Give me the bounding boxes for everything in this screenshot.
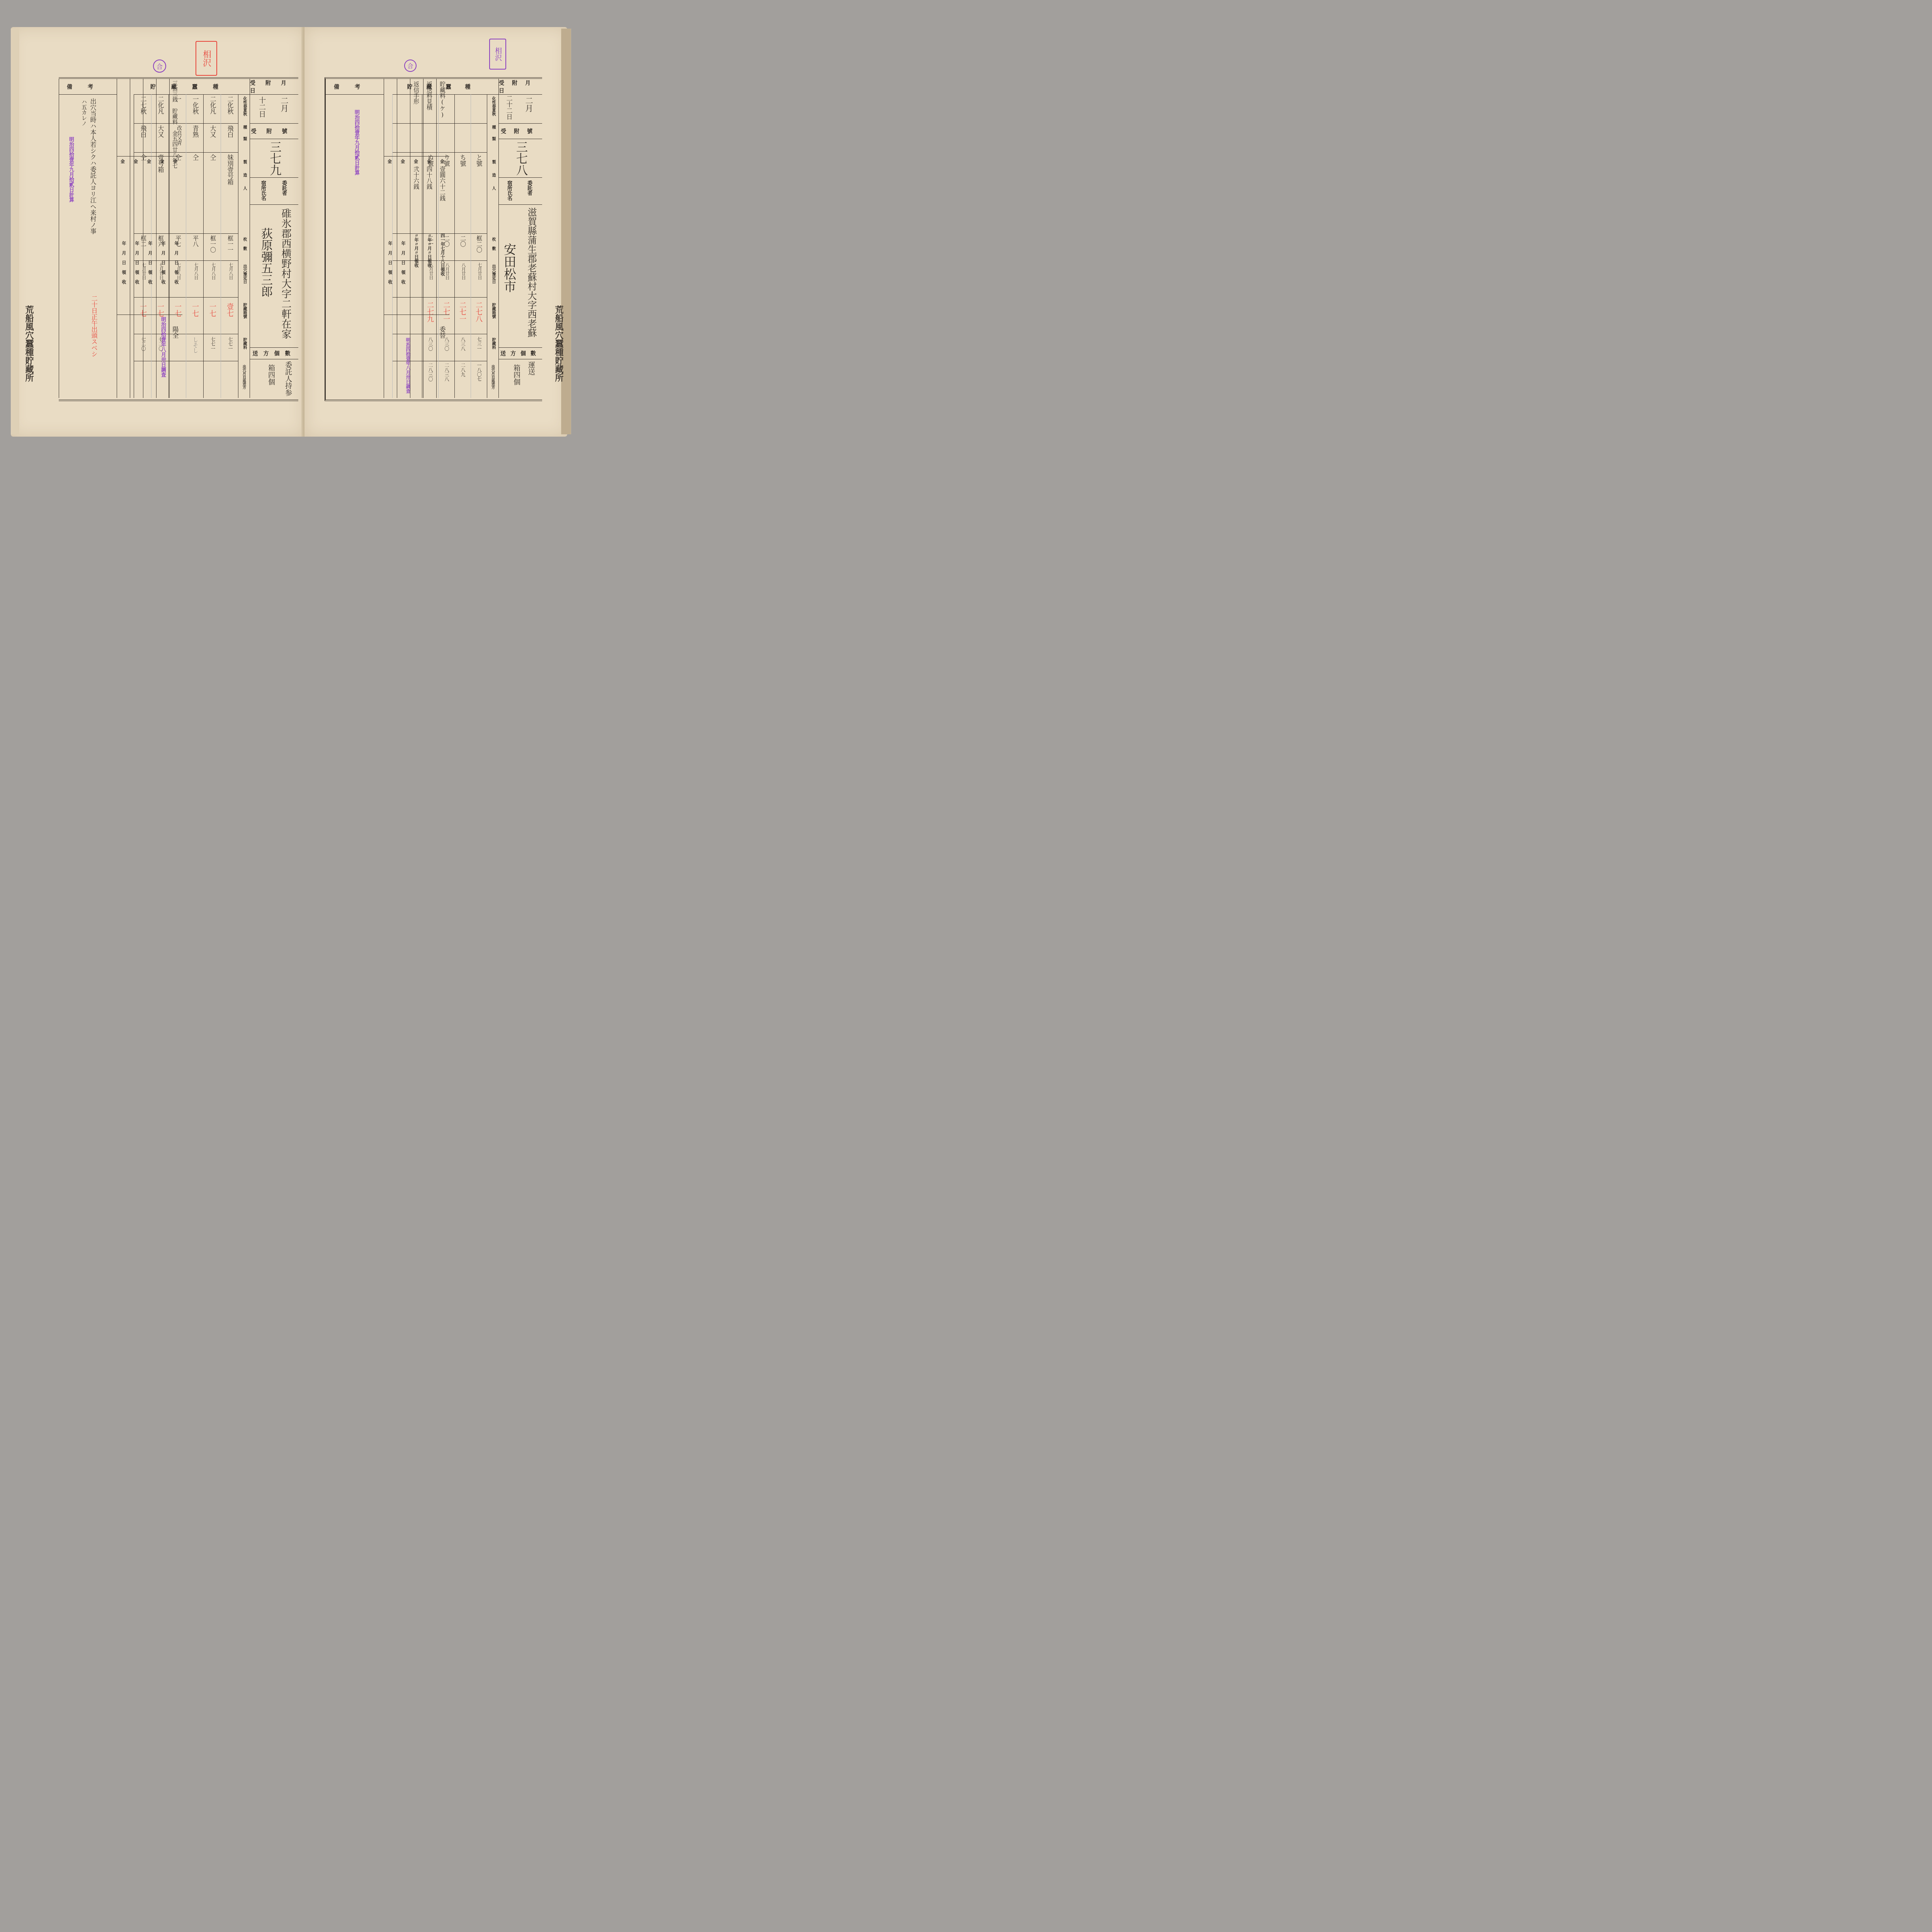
row-label-return: 出穴月日返送方 [241,365,247,389]
entry-column: 二化秋 飛白 妹別壹号箱 框一一 七月八日 壹七 七七一 [221,94,238,398]
pencil-note: しそし [191,337,199,353]
receipt-day: 十二日 [257,97,267,117]
row-label-out-date: 出穴豫定日 [241,264,247,284]
fee-columns: 金 金 金 金 金 年月日領收 年月日領收 年月日領收 年月日領收 年月日領收 … [117,79,182,398]
row-labels: 化性春夏秋 種類 製造人 枚數 出穴豫定日 貯藏箱號 貯藏料 出穴月日返送方 [487,94,499,398]
row-label-maker: 製造人 [241,160,247,199]
fee-item-receipt: 〃年〃月〃日領收 [426,233,432,267]
remarks-header: 備考 [59,79,117,95]
receipt-label: 年月日領收 [173,241,179,289]
fee-item-amount: 四十八銭 [425,166,434,189]
money-label: 金 [440,158,444,165]
fee-item-amount: 壹圓六十二銭 [439,166,447,201]
entry-box: 一七 [190,303,200,317]
return-date: 一八〇七 [476,363,483,381]
remarks-section: 備考 出穴当時ハ本人若シクハ委託人ヨリ江ヘ来村ノ事 二十日正午出頭スベシ ハ五カ… [59,79,117,398]
shipping-method: 運送 [526,361,536,375]
row-label-box: 貯藏箱號 [241,303,247,318]
fee-item-label: 返信手形 [412,81,420,104]
return-date: 二八九 [460,363,466,377]
header-label: 宿所氏名 [259,180,267,201]
divider [130,79,130,398]
circle-stamp-text: 合 [407,62,413,70]
shipping-header: 送方個數 [499,347,542,359]
consignor-value: 碓氷郡西横野村大字二軒在家 荻原彌五三郎 [250,204,298,348]
header-label: 委託者 [526,180,533,196]
fee-item-receipt: 四一年七月十八日領收 [439,233,446,276]
circle-stamp-text: 合 [156,62,163,71]
header-label: 受附月日 [250,79,298,94]
ledger-frame-right: 受附月日 二月 二十二日 受附號 三七八 委託者 宿所氏名 滋賀縣蒲生郡老蘇村大… [325,77,542,401]
entry-maker: 妹別壹号箱 [226,154,235,185]
fee-item-receipt: 〃年〃月〃日領收 [413,233,419,267]
entry-out-date: 七月八日 [210,263,216,280]
divider [436,79,437,398]
money-label: 金 [121,158,125,165]
grid-line [384,156,449,156]
header-label: 宿所氏名 [505,180,513,201]
money-label: 金 [388,158,392,165]
money-label: 金 [401,158,405,165]
grid-line [117,315,182,315]
grid-line [384,315,449,315]
row-label-return: 出穴月日返送方 [490,365,495,389]
fee-handwritten: 三拾三銭 貯藏料 金五四廿八年七 [171,80,179,168]
entry-count: 平八 [192,235,200,247]
spine-title: 荒船風穴蠶種貯藏所 [553,305,565,382]
receipt-label: 年月日領收 [134,241,140,289]
calc-stamp: 明治四拾壹年九月拾貳日計算 [67,137,75,202]
entry-out-date: 七月廿日 [476,263,483,280]
row-label-box: 貯藏箱號 [490,303,496,318]
row-label-fee: 貯藏料 [490,338,496,349]
divider [169,79,170,398]
money-label: 金 [134,158,138,165]
entry-box: 壹七 [224,303,235,317]
calc-stamp: 明治四拾壹年九月拾貳日計算 [353,110,360,175]
entry-count: 框一一 [226,235,235,253]
row-label-variety: 種類 [490,125,496,148]
entry-out-date: 七月八日 [228,263,234,280]
fee-item-label: 貯藏料(ケ) [439,81,447,118]
entry-kind: 二化凡 [208,96,217,114]
header-label: 備考 [67,83,109,90]
entry-count: 框二〇 [475,235,483,253]
receipt-number-header: 受附號 [250,123,298,139]
row-label-variety: 種類 [241,125,247,148]
entry-kind: 二化秋 [226,96,235,114]
seal-stamp-purple: 相沢 [489,39,506,70]
header-label: 受附號 [251,127,298,135]
remarks-section: 備考 明治四拾壹年九月拾貳日計算 [326,79,384,398]
money-label: 金 [147,158,151,165]
shipping-value: 委託人持参 箱四個 [250,359,298,398]
fee-columns: 貯藏料(ケ) 返送料見積 返信手形 金 金 金 金 金 壹圓六十二銭 四十八銭 … [384,79,449,398]
money-label: 金 [160,158,164,165]
shipping-count: 箱四個 [511,364,521,385]
consignor-address: 碓氷郡西横野村大字二軒在家 [281,208,291,339]
left-page: 相沢 合 受附月日 二月 十二日 受附號 三七九 委託者 宿所氏名 [11,27,304,437]
entry-column: 二化凡 大又 仝 框一〇 七月八日 一七 七七一 [203,94,221,398]
consignor-name: 荻原彌五三郎 [260,228,271,297]
row-label-out-date: 出穴豫定日 [490,264,496,284]
header-label: 委託者 [280,180,287,196]
entry-variety: 青熟 [191,125,200,138]
entry-box: 二七八 [473,301,483,322]
receipt-date-header: 受附月日 [499,79,542,95]
seal-text: 相沢 [493,47,503,61]
entry-column: ち號 二〇 八月廿日 二七一 八三八 二八九 [454,94,471,398]
row-labels: 化性春夏秋 種類 製造人 枚數 出穴豫定日 貯藏箱號 貯藏料 出穴月日返送方 [238,94,250,398]
entry-out-date: 八月廿日 [460,263,466,280]
entry-maker: と號 [474,154,483,167]
shipping-value: 運送 箱四個 [499,359,542,398]
entry-count: 框一〇 [209,235,217,253]
seal-stamp-red: 相沢 [196,41,217,76]
entry-maker: 仝 [191,154,200,160]
row-label-kind: 化性春夏秋 [241,97,247,116]
row-label-count: 枚數 [490,237,496,256]
divider [59,79,59,398]
header-label: 受附月日 [499,79,542,94]
survey-stamp: 明治四拾壹年八月卅日調査 [159,317,167,377]
entry-count: 二〇 [459,235,467,247]
header-label: 受附號 [501,127,540,135]
consignor-header: 委託者 宿所氏名 [250,177,298,205]
consignor-value: 滋賀縣蒲生郡老蘇村大字西老蘇 安田松市 [499,204,542,348]
ledger-frame-left: 受附月日 二月 十二日 受附號 三七九 委託者 宿所氏名 碓氷郡西横野村大字二軒… [59,77,298,401]
shipping-method: 委託人持参 [283,361,293,396]
money-label: 金 [427,158,431,165]
receipt-date-header: 受附月日 [250,79,298,95]
row-label-kind: 化性春夏秋 [490,97,496,116]
entry-fee: 七七一 [210,337,216,351]
row-label-fee: 貯藏料 [241,338,247,349]
money-label: 金 [414,158,418,165]
consignor-header: 委託者 宿所氏名 [499,177,542,205]
receipt-date-value: 二月 二十二日 [499,94,542,124]
fee-item-receipt: 年月日領收 [400,241,406,289]
receipt-month: 二月 [523,97,534,112]
divider [143,79,143,398]
entry-column: と號 框二〇 七月廿日 二七八 七三一 一八〇七 [471,94,487,398]
remarks-text: 出穴当時ハ本人若シクハ委託人ヨリ江ヘ来村ノ事 [90,98,96,234]
consignor-address: 滋賀縣蒲生郡老蘇村大字西老蘇 [527,207,536,337]
entry-fee: 七三一 [476,337,483,351]
circle-stamp-icon: 合 [404,60,417,72]
row-label-count: 枚數 [241,237,247,256]
receipt-label: 年月日領收 [147,241,153,289]
entry-box: 一七 [207,303,217,317]
header-label: 送方個數 [500,349,541,357]
shipping-header: 送方個數 [250,347,298,359]
receipt-month: 二月 [279,97,290,112]
remarks-red-text: 二十日正午出頭スベシ [90,295,99,357]
header-label: 備考 [334,83,376,90]
entry-variety: 飛白 [226,125,235,138]
entry-maker: ち號 [458,154,467,167]
left-page-edges [11,29,19,434]
receipt-label: 年月日領收 [387,241,393,289]
entry-maker: 仝 [208,154,217,160]
header-label: 送方個數 [253,349,296,357]
receipt-number-value: 三七八 [499,139,542,178]
entry-column: 一化秋 青熟 仝 平八 七月八日 一七 しそし [186,94,204,398]
receipt-label: 年月日領收 [121,241,127,289]
consignor-name: 安田松市 [502,243,517,293]
divider [156,79,156,398]
entry-kind: 一化秋 [191,96,200,114]
entry-fee: 八三八 [460,337,466,351]
receipt-number-value: 三七九 [250,139,298,178]
entry-box: 二七一 [457,301,467,322]
remarks-header: 備考 [326,79,384,95]
fee-item-amount: 弐十六銭 [412,166,420,189]
receipt-label: 年月日領收 [160,241,166,289]
entry-variety: 大又 [208,125,217,138]
divider [397,79,397,398]
receipt-number-header: 受附號 [499,123,542,139]
receipt-note: 陽全 [171,326,180,338]
open-ledger-book: 相沢 合 受附月日 二月 十二日 受附號 三七九 委託者 宿所氏名 [11,27,567,444]
entry-out-date: 七月八日 [193,263,199,280]
divider [117,79,117,398]
divider [384,79,384,398]
circle-stamp-icon: 合 [153,60,166,73]
divider [410,79,410,398]
receipt-note: 委替 [438,326,447,338]
right-page: 相沢 合 受附月日 二月 二十二日 受附號 三七八 委託者 宿所氏名 [304,27,567,437]
receipt-day: 二十二日 [505,95,514,120]
receipt-number: 三七八 [512,141,529,177]
divider [423,79,423,398]
remarks-small: ハ五カレノ [80,99,88,126]
row-label-maker: 製造人 [490,160,496,199]
seal-text: 相沢 [201,50,213,67]
receipt-date-value: 二月 十二日 [250,94,298,124]
entry-fee: 七七一 [227,337,234,351]
fee-item-label: 返送料見積 [425,81,434,110]
spine-title: 荒船風穴蠶種貯藏所 [23,305,35,382]
receipt-number: 三七九 [266,141,283,177]
shipping-count: 箱四個 [266,364,276,385]
